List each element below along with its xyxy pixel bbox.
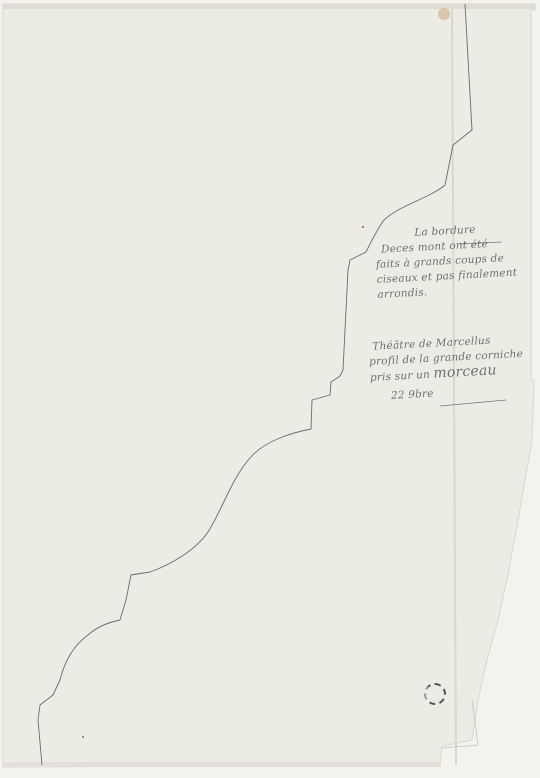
stain-mark xyxy=(438,8,450,20)
ink-dot xyxy=(82,736,84,738)
top-edge-shadow xyxy=(3,4,535,9)
collection-stamp-icon: collection-stamp xyxy=(424,683,446,705)
handwritten-note-construction: La bordure Deces mont ont été faits à gr… xyxy=(374,221,518,303)
ink-dot xyxy=(362,226,364,228)
manuscript-sheet: La bordure Deces mont ont été faits à gr… xyxy=(0,0,540,778)
note-fragment: morceau xyxy=(433,362,497,381)
handwritten-note-title: Théâtre de Marcellus profil de la grande… xyxy=(368,332,525,405)
note-fragment: pris sur un xyxy=(370,369,431,384)
stamp-label: collection-stamp xyxy=(426,685,444,703)
bottom-edge xyxy=(3,762,441,767)
